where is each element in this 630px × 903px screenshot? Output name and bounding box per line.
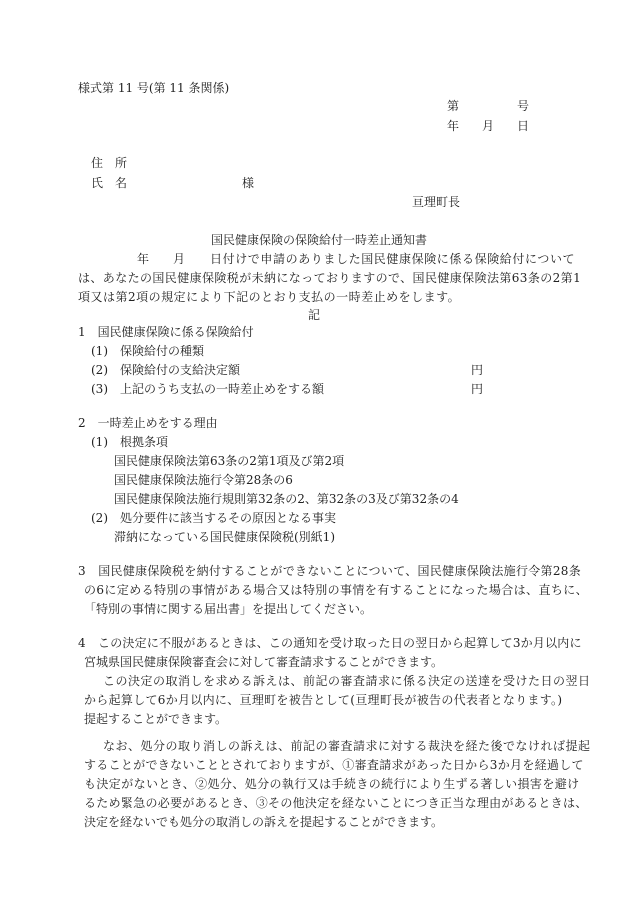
document-title: 国民健康保険の保険給付一時差止通知書 — [211, 234, 427, 246]
section-1-item-3-unit: 円 — [471, 383, 483, 395]
section-2-basis-line-1: 国民健康保険法第63条の2第1項及び第2項 — [114, 455, 344, 467]
section-1-item-3: (3) 上記のうち支払の一時差止めをする額 — [91, 383, 324, 395]
section-3-line-1: 3 国民健康保険税を納付することができないことについて、国民健康保険法施行令第2… — [78, 565, 581, 577]
address-label: 住 所 — [91, 157, 127, 169]
section-4-para-2-line-2: から起算して6か月以内に、亘理町を被告として(亘理町長が被告の代表者となります。… — [84, 694, 562, 706]
section-3-line-3: 「特別の事情に関する届出書」を提出してください。 — [84, 603, 372, 615]
intro-line-3: 項又は第2項の規定により下記のとおり支払の一時差止めをします。 — [78, 291, 460, 303]
section-4-para-3-line-4: るため緊急の必要があるとき、③その他決定を経ないことにつき正当な理由があるときは… — [84, 797, 588, 809]
date-month: 月 — [482, 120, 494, 132]
honorific: 様 — [242, 177, 254, 189]
intro-line-2: は、あなたの国民健康保険税が未納になっておりますので、国民健康保険法第63条の2… — [78, 272, 581, 284]
section-2-heading: 2 一時差止めをする理由 — [78, 417, 218, 429]
section-2-fact-line-1: 滞納になっている国民健康保険税(別紙1) — [114, 531, 335, 543]
date-day: 日 — [517, 120, 529, 132]
ki-marker: 記 — [308, 309, 320, 321]
document-number-prefix: 第 — [447, 100, 459, 112]
section-4-para-1-line-1: 4 この決定に不服があるときは、この通知を受け取った日の翌日から起算して3か月以… — [78, 637, 582, 649]
section-4-para-2-line-1: この決定の取消しを求める訴えは、前記の審査請求に係る決定の送達を受けた日の翌日 — [103, 675, 591, 687]
section-1-item-1: (1) 保険給付の種類 — [91, 345, 204, 357]
section-4-para-3-line-2: することができないこととされておりますが、①審査請求があった日から3か月を経過し… — [84, 759, 584, 771]
section-3-line-2: の6に定める特別の事情がある場合又は特別の事情を有することになった場合は、直ちに… — [84, 584, 588, 596]
section-4-para-1-line-2: 宮城県国民健康保険審査会に対して審査請求することができます。 — [84, 656, 443, 668]
section-1-item-2: (2) 保険給付の支給決定額 — [91, 364, 240, 376]
section-1-item-2-unit: 円 — [471, 364, 483, 376]
section-2-basis-line-2: 国民健康保険法施行令第28条の6 — [114, 474, 293, 486]
intro-month: 月 — [173, 253, 185, 265]
section-4-para-3-line-1: なお、処分の取り消しの訴えは、前記の審査請求に対する裁決を経た後でなければ提起 — [103, 740, 591, 752]
section-2-basis-line-3: 国民健康保険法施行規則第32条の2、第32条の3及び第32条の4 — [114, 493, 459, 505]
section-4-para-2-line-3: 提起することができます。 — [84, 713, 227, 725]
form-number-label: 様式第 11 号(第 11 条関係) — [78, 82, 229, 94]
intro-line-1: 日付けで申請のありました国民健康保険に係る保険給付について — [210, 253, 575, 265]
document-number-suffix: 号 — [517, 100, 529, 112]
section-2-sub-1-label: (1) 根拠条項 — [91, 436, 168, 448]
section-2-sub-2-label: (2) 処分要件に該当するその原因となる事実 — [91, 512, 336, 524]
section-4-para-3-line-3: も決定がないとき、②処分、処分の執行又は手続きの続行により生ずる著しい損害を避け — [84, 778, 580, 790]
section-1-heading: 1 国民健康保険に係る保険給付 — [78, 326, 254, 338]
date-year: 年 — [447, 120, 459, 132]
sender-mayor: 亘理町長 — [412, 196, 460, 208]
section-4-para-3-line-5: 決定を経ないでも処分の取消しの訴えを提起することができます。 — [84, 816, 443, 828]
intro-year: 年 — [137, 253, 149, 265]
name-label: 氏 名 — [91, 177, 127, 189]
